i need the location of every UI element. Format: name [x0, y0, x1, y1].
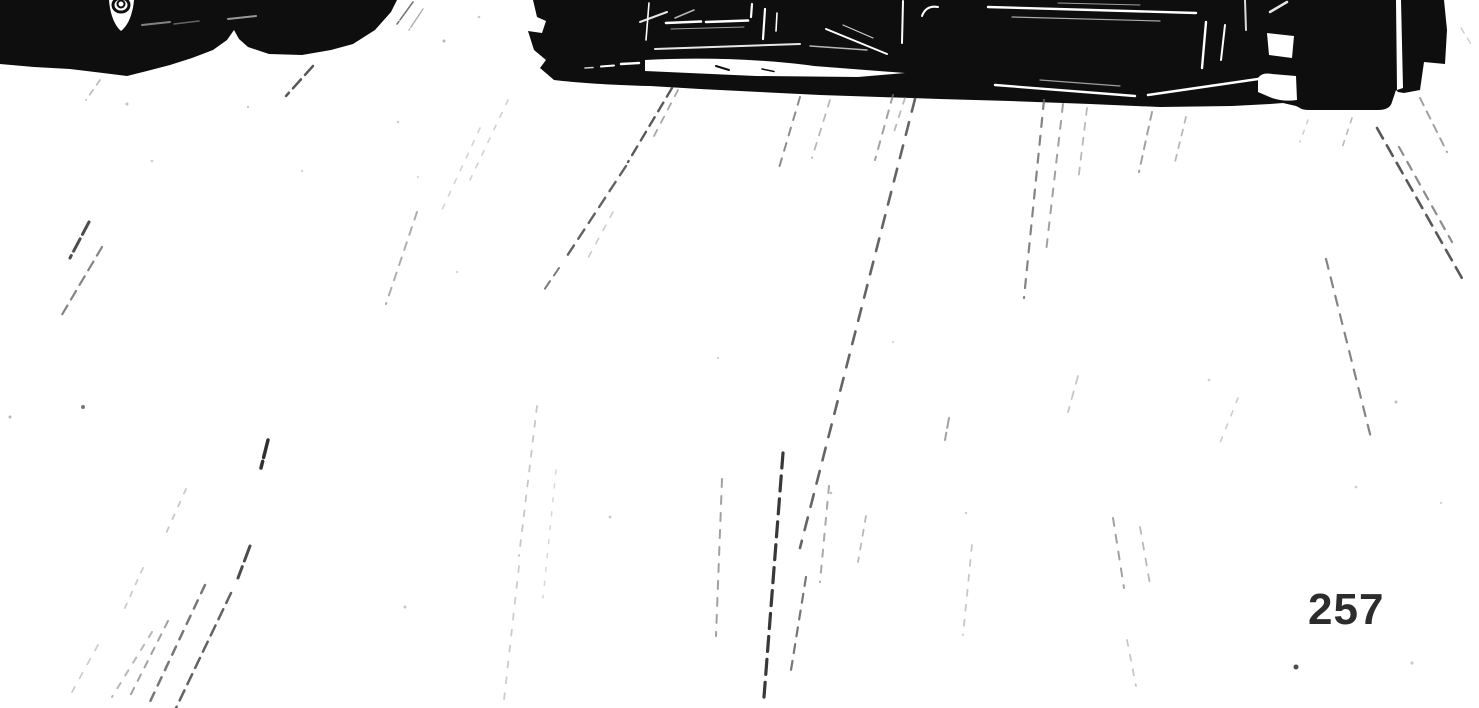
speed-line — [875, 95, 893, 160]
ground-speck — [609, 516, 612, 519]
speed-line — [779, 97, 800, 168]
suspension-slit — [776, 13, 777, 31]
ground-speck — [717, 357, 719, 359]
left-race-car-silhouette — [0, 0, 397, 76]
speed-line — [1078, 108, 1087, 182]
speed-line — [470, 100, 508, 180]
suspension-slit — [751, 4, 752, 17]
ground-speck — [892, 341, 894, 343]
underbody-tick — [621, 63, 639, 64]
speed-line — [1139, 112, 1152, 172]
speed-line — [1127, 640, 1136, 686]
ground-speck — [301, 170, 303, 172]
speed-line — [945, 418, 949, 440]
speed-line — [1420, 98, 1447, 152]
speed-line — [963, 545, 972, 635]
ground-speck — [1395, 401, 1398, 404]
ground-speck — [1294, 665, 1299, 670]
speed-line — [800, 99, 915, 548]
speed-line — [820, 486, 829, 582]
speed-line — [1068, 376, 1078, 412]
ground-speck — [456, 271, 458, 273]
ground-speck — [404, 606, 407, 609]
underbody-tick — [585, 68, 593, 69]
suspension-arm-slit — [1245, 0, 1246, 30]
ground-speck — [830, 492, 833, 495]
speed-line — [504, 566, 519, 700]
speed-line — [1342, 118, 1352, 148]
speed-line — [123, 568, 143, 612]
speed-line — [1113, 518, 1124, 588]
speed-line — [519, 406, 537, 556]
speed-line — [1024, 100, 1044, 298]
speed-line — [148, 585, 205, 706]
speed-line — [441, 128, 480, 212]
main-car-body — [528, 0, 1447, 110]
ground-speck — [443, 40, 446, 43]
manga-page: 257 — [0, 0, 1479, 708]
ground-speck — [417, 176, 419, 178]
speed-line — [261, 440, 268, 468]
underbody-tick — [601, 66, 614, 67]
wing-slot-line — [706, 21, 748, 23]
ground-speck — [81, 405, 85, 409]
speed-line — [72, 645, 98, 692]
speed-line — [176, 593, 231, 708]
speed-line — [1461, 28, 1471, 44]
ground-speck — [9, 416, 12, 419]
ground-speck — [397, 121, 400, 124]
wheel-gap-patch-upper — [1267, 33, 1294, 58]
ground-speck — [151, 160, 154, 163]
speed-line — [238, 546, 250, 578]
speed-line — [1046, 104, 1063, 252]
speed-line — [858, 516, 866, 562]
body-seam-line — [902, 1, 903, 43]
page-number: 257 — [1308, 588, 1384, 632]
speed-line — [1326, 259, 1371, 438]
speed-line — [1399, 147, 1452, 242]
speed-line — [716, 479, 722, 636]
speed-line — [1377, 128, 1463, 280]
speed-line — [1300, 120, 1308, 142]
speed-line — [893, 98, 905, 135]
speed-line — [628, 88, 672, 162]
speed-line — [163, 489, 186, 540]
ground-speck — [1355, 486, 1358, 489]
speed-line — [812, 100, 830, 158]
speed-line — [386, 212, 417, 304]
main-race-car-silhouette — [528, 0, 1447, 110]
speed-line — [60, 247, 102, 318]
speed-line — [409, 9, 423, 30]
speed-line — [397, 2, 413, 24]
speed-line — [286, 66, 313, 96]
ground-speck — [1410, 661, 1413, 664]
ground-speck — [247, 106, 249, 108]
ground-speck — [965, 512, 967, 514]
speed-line — [1175, 117, 1186, 162]
speed-line — [791, 577, 806, 670]
speed-line — [1218, 398, 1238, 448]
speed-line — [70, 222, 89, 258]
ground-specks — [9, 16, 1443, 670]
ground-speck — [126, 103, 129, 106]
wing-slot-line — [666, 22, 701, 24]
ground-speck — [478, 16, 481, 19]
speed-line — [543, 470, 556, 598]
ground-speck — [1440, 502, 1442, 504]
speed-line — [1140, 527, 1151, 590]
manga-panel-artwork — [0, 0, 1479, 708]
speed-line — [542, 268, 559, 293]
ground-speck — [1208, 379, 1211, 382]
left-car-body — [0, 0, 397, 76]
speed-lines — [60, 2, 1471, 708]
speed-line — [764, 453, 783, 697]
speed-line — [86, 80, 100, 100]
